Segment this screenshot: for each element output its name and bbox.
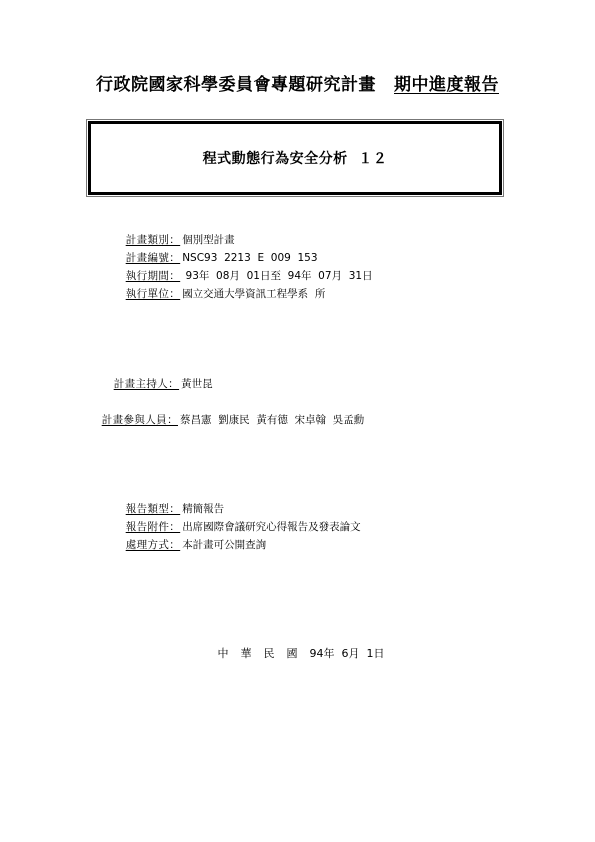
field-report-type: 報告類型：精簡報告 [119, 488, 224, 502]
field-value: 本計畫可公開查詢 [182, 539, 266, 551]
document-title: 行政院國家科學委員會專題研究計畫 [96, 75, 376, 95]
field-participants: 計畫參與人員：蔡昌憲 劉康民 黃有德 宋卓翰 吳孟勳 [95, 399, 364, 413]
field-handling: 處理方式：本計畫可公開查詢 [119, 524, 266, 538]
field-label: 計畫參與人員： [102, 414, 178, 426]
field-project-number: 計畫編號：NSC93 2213 E 009 153 [119, 237, 318, 251]
field-value: 黃世昆 [181, 378, 213, 390]
date-value: 94年 6月 1日 [310, 647, 385, 660]
field-principal-investigator: 計畫主持人：黃世昆 [107, 363, 213, 377]
field-report-attachment: 報告附件：出席國際會議研究心得報告及發表論文 [119, 506, 361, 520]
document-header: 行政院國家科學委員會專題研究計畫期中進度報告 [0, 70, 595, 95]
field-project-type: 計畫類別：個別型計畫 [119, 219, 235, 233]
era-char: 民 [264, 647, 275, 660]
report-date: 中華民國94年 6月 1日 [0, 632, 595, 661]
field-execution-unit: 執行單位：國立交通大學資訊工程學系 所 [119, 273, 325, 287]
document-subtitle: 期中進度報告 [394, 75, 499, 95]
field-execution-period: 執行期間： 93年 08月 01日至 94年 07月 31日 [119, 255, 373, 269]
era-char: 華 [241, 647, 252, 660]
project-title-box-inner: 程式動態行為安全分析 １２ [88, 121, 502, 195]
project-title-box: 程式動態行為安全分析 １２ [86, 119, 504, 197]
field-value: 國立交通大學資訊工程學系 所 [182, 288, 325, 300]
field-label: 執行單位： [126, 288, 181, 300]
field-value: 蔡昌憲 劉康民 黃有德 宋卓翰 吳孟勳 [180, 414, 364, 426]
field-label: 處理方式： [126, 539, 181, 551]
era-char: 國 [287, 647, 298, 660]
project-title: 程式動態行為安全分析 １２ [203, 148, 388, 168]
era-char: 中 [218, 647, 229, 660]
field-label: 計畫主持人： [114, 378, 179, 390]
